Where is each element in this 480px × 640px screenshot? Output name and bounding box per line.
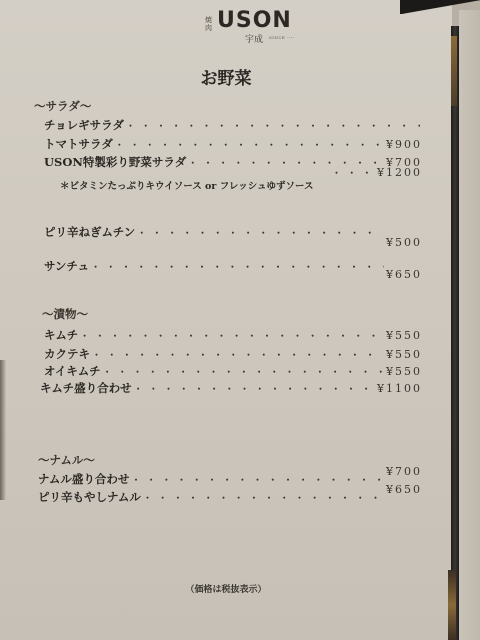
leader-dots: ・・・・・・・・・・・・・・・・・・・・・・・・・・・・・・・・・・・・・・・・ — [137, 226, 384, 239]
section-heading-pickles: 〜漬物〜 — [42, 306, 88, 322]
menu-item: ピリ辛もやしナムル ・・・・・・・・・・・・・・・・・・・・・・・・・・・・・・… — [38, 489, 422, 505]
item-price: ¥550 — [386, 365, 422, 378]
logo-sub: 宇成 — [245, 32, 263, 45]
menu-item: オイキムチ ・・・・・・・・・・・・・・・・・・・・・・・・・・・・・・・・・・… — [44, 363, 422, 379]
item-price: ¥650 — [386, 483, 422, 496]
sauce-note: ＊ビタミンたっぷりキウイソース or フレッシュゆずソース — [60, 178, 314, 192]
menu-item: サンチュ ・・・・・・・・・・・・・・・・・・・・・・・・・・・・・・・・・・・… — [44, 258, 422, 274]
menu-item: キムチ盛り合わせ ・・・・・・・・・・・・・・・・・・・・・・・・・・・・・・・… — [40, 380, 422, 396]
item-name: USON特製彩り野菜サラダ — [44, 154, 186, 170]
opposite-page — [459, 10, 480, 640]
leader-dots: ・・・・・・・・・・・・・・・・・・・・・・・・・・・・・・・・・・・・・・・・ — [143, 491, 384, 504]
item-price: ¥1100 — [377, 382, 422, 395]
item-name: ピリ辛ねぎムチン — [44, 224, 135, 240]
item-name: キムチ — [44, 327, 78, 343]
menu-item: トマトサラダ ・・・・・・・・・・・・・・・・・・・・・・・・・・・・・・・・・… — [44, 136, 422, 152]
item-price: ¥500 — [386, 236, 422, 249]
logo-tag: SINCE ---- — [269, 35, 294, 40]
menu-item: ピリ辛ねぎムチン ・・・・・・・・・・・・・・・・・・・・・・・・・・・・・・・… — [44, 224, 422, 240]
logo-brand: USON — [217, 8, 292, 33]
menu-item-price-row: ・・・・・・・・・・・・・・・・・・・・・・・・・・・・・・・・・・・・・・・・… — [330, 166, 422, 182]
item-price: ¥550 — [386, 348, 422, 361]
page-edge-shadow — [0, 360, 6, 500]
item-name: カクテキ — [44, 346, 90, 362]
item-price: ¥650 — [386, 268, 422, 281]
item-name: トマトサラダ — [44, 136, 113, 152]
item-price: ¥900 — [386, 138, 422, 151]
leader-dots: ・・・・・・・・・・・・・・・・・・・・・・・・・・・・・・・・・・・・・・・・ — [332, 166, 375, 179]
item-price: ¥700 — [386, 465, 422, 478]
section-heading-namul: 〜ナムル〜 — [38, 452, 95, 468]
item-name: チョレギサラダ — [44, 117, 124, 133]
leader-dots: ・・・・・・・・・・・・・・・・・・・・・・・・・・・・・・・・・・・・・・・・ — [103, 365, 384, 378]
leader-dots: ・・・・・・・・・・・・・・・・・・・・・・・・・・・・・・・・・・・・・・・・ — [92, 348, 384, 361]
restaurant-logo: 焼肉 USON 宇成 SINCE ---- — [205, 8, 305, 44]
logo-prefix: 焼肉 — [205, 16, 213, 32]
item-name: ナムル盛り合わせ — [38, 471, 129, 487]
tax-note: （価格は税抜表示） — [0, 582, 452, 595]
section-heading-salad: 〜サラダ〜 — [34, 98, 91, 114]
item-name: キムチ盛り合わせ — [40, 380, 132, 396]
leader-dots: ・・・・・・・・・・・・・・・・・・・・・・・・・・・・・・・・・・・・・・・・ — [131, 473, 384, 486]
background-dark-corner — [400, 0, 480, 14]
menu-item: チョレギサラダ ・・・・・・・・・・・・・・・・・・・・・・・・・・・・・・・・… — [44, 117, 422, 133]
leader-dots: ・・・・・・・・・・・・・・・・・・・・・・・・・・・・・・・・・・・・・・・・ — [126, 119, 420, 132]
leader-dots: ・・・・・・・・・・・・・・・・・・・・・・・・・・・・・・・・・・・・・・・・ — [134, 382, 375, 395]
menu-item: カクテキ ・・・・・・・・・・・・・・・・・・・・・・・・・・・・・・・・・・・… — [44, 346, 422, 362]
item-name: ピリ辛もやしナムル — [38, 489, 141, 505]
item-name: サンチュ — [44, 258, 89, 274]
menu-item: ナムル盛り合わせ ・・・・・・・・・・・・・・・・・・・・・・・・・・・・・・・… — [38, 471, 422, 487]
page-title: お野菜 — [0, 64, 452, 89]
binder-spine — [451, 26, 459, 640]
item-name: オイキムチ — [44, 363, 101, 379]
leader-dots: ・・・・・・・・・・・・・・・・・・・・・・・・・・・・・・・・・・・・・・・・ — [91, 260, 384, 273]
item-price: ¥1200 — [377, 166, 422, 179]
leader-dots: ・・・・・・・・・・・・・・・・・・・・・・・・・・・・・・・・・・・・・・・・ — [80, 329, 384, 342]
leader-dots: ・・・・・・・・・・・・・・・・・・・・・・・・・・・・・・・・・・・・・・・・ — [115, 138, 384, 151]
spine-ornament-bottom — [448, 570, 456, 640]
menu-item: キムチ ・・・・・・・・・・・・・・・・・・・・・・・・・・・・・・・・・・・・… — [44, 327, 422, 343]
item-price: ¥550 — [386, 329, 422, 342]
